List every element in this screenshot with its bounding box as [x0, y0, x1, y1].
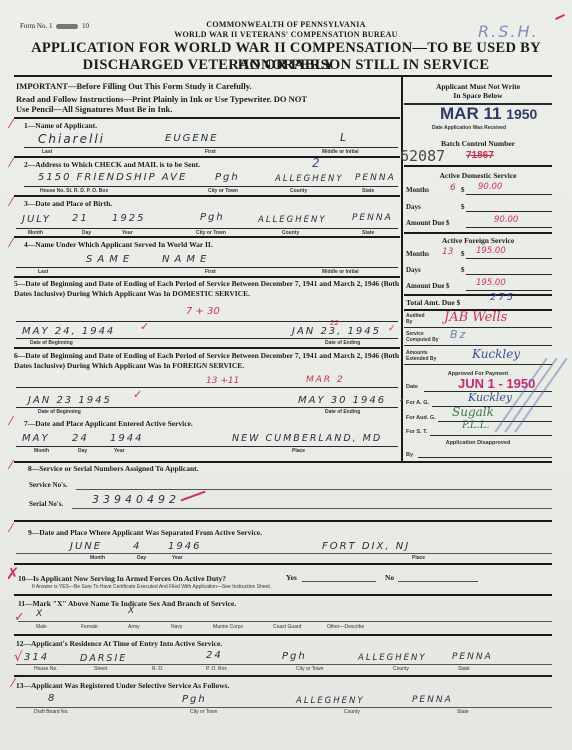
received-date-stamp: MAR 11 1950	[440, 104, 537, 124]
rule	[430, 435, 552, 436]
caption: R. D.	[152, 666, 163, 672]
rule	[14, 563, 552, 565]
q2-label: 2—Address to Which CHECK and MAIL is to …	[24, 160, 200, 169]
service-first-name[interactable]: NAME	[162, 254, 211, 265]
rule	[16, 407, 398, 408]
amounts-extended-label: Amounts Extended By	[406, 350, 440, 362]
rule	[14, 634, 552, 636]
rule	[14, 117, 400, 119]
for-st-signature: P.L.L.	[462, 420, 490, 431]
audited-by-signature: JAB Wells	[444, 310, 507, 325]
check-mark: ⁄	[10, 414, 12, 428]
residence-house-no[interactable]: 314	[24, 652, 49, 663]
office-header-line2: In Space Below	[404, 91, 552, 100]
caption: Last	[38, 269, 48, 275]
check-mark: ⁄	[10, 156, 12, 170]
rule	[16, 267, 398, 268]
rule	[16, 321, 398, 322]
rule	[404, 232, 552, 234]
birth-county[interactable]: ALLEGHENY	[258, 215, 327, 225]
male-x-mark[interactable]: X	[36, 609, 42, 619]
for-aud-g-label: For Aud. G.	[406, 415, 436, 421]
check-mark: ⁄	[10, 195, 12, 209]
disapproved-by-label: By	[406, 452, 413, 458]
caption: Place	[292, 448, 305, 454]
domestic-annotation: 7 + 30	[186, 306, 220, 317]
caption: City or Town	[208, 188, 238, 194]
q7-label: 7—Date and Place Applicant Entered Activ…	[24, 419, 193, 428]
caption: Date of Ending	[325, 340, 360, 346]
option-coast-guard: Coast Guard	[273, 624, 301, 630]
rule	[438, 421, 552, 422]
caption: Month	[34, 448, 49, 454]
option-marine-corps: Marine Corps	[213, 624, 243, 630]
separation-year[interactable]: 1946	[168, 541, 201, 552]
currency-symbol: $	[461, 186, 465, 194]
caption: Day	[78, 448, 87, 454]
domestic-end-date[interactable]: JAN 23, 1945	[292, 326, 381, 337]
instructions-line2: Use Pencil—All Signatures Must Be in Ink…	[16, 104, 172, 114]
rule	[418, 457, 552, 458]
rule	[16, 664, 552, 665]
important-note: IMPORTANT—Before Filling Out This Form S…	[16, 81, 252, 91]
q10-no-label: No	[385, 573, 394, 582]
rule	[18, 621, 552, 622]
check-mark: ⁄	[12, 676, 14, 690]
draft-board-no[interactable]: 8	[48, 693, 56, 704]
domestic-months-label: Months	[406, 186, 429, 194]
birth-month[interactable]: JULY	[22, 214, 51, 225]
received-year: 1950	[506, 106, 537, 122]
caption: State	[362, 188, 374, 194]
serial-numbers-label: Serial No's.	[29, 500, 63, 508]
rule	[14, 195, 400, 197]
for-st-label: For S. T.	[406, 429, 427, 435]
rule	[16, 707, 552, 708]
audited-by-label: Audited By	[406, 313, 432, 325]
birth-city[interactable]: Pgh	[200, 212, 225, 223]
caption: State	[458, 666, 470, 672]
option-male: Male	[36, 624, 47, 630]
entry-place[interactable]: NEW CUMBERLAND, MD	[232, 433, 382, 444]
foreign-end-date[interactable]: MAY 30 1946	[298, 395, 386, 406]
foreign-due-label: Amount Due $	[406, 282, 450, 290]
q9-label: 9—Date and Place Where Applicant Was Sep…	[28, 528, 262, 537]
q5-label: 5—Date of Beginning and Date of Ending o…	[14, 279, 399, 299]
mail-city[interactable]: Pgh	[215, 172, 240, 183]
received-caption: Date Application Was Received	[432, 125, 506, 131]
domestic-days-label: Days	[406, 203, 421, 211]
residence-street[interactable]: DARSIE	[80, 653, 127, 664]
approval-date-label: Date	[406, 384, 418, 390]
caption: City or Town	[190, 709, 217, 715]
foreign-months-value: 13	[442, 247, 453, 257]
mail-state[interactable]: PENNA	[355, 173, 396, 183]
rule	[16, 446, 398, 447]
caption: State	[457, 709, 469, 715]
amounts-extended-signature: Kuckley	[472, 347, 520, 361]
rule	[14, 594, 552, 596]
caption: Year	[172, 555, 183, 561]
rule	[466, 194, 552, 195]
red-tick-mark	[181, 491, 206, 501]
check-mark: √	[14, 650, 22, 665]
separation-place[interactable]: FORT DIX, NJ	[322, 541, 410, 552]
applicant-last-name[interactable]: Chiarelli	[38, 132, 105, 146]
domestic-months-amount: 90.00	[478, 182, 502, 192]
domestic-begin-date[interactable]: MAY 24, 1944	[22, 326, 115, 337]
caption: Draft Board No.	[34, 709, 69, 715]
q3-label: 3—Date and Place of Birth.	[24, 199, 112, 208]
check-mark: ✓	[133, 388, 142, 401]
separation-month[interactable]: JUNE	[70, 541, 102, 552]
q10-no-field[interactable]	[398, 581, 478, 582]
rule	[14, 276, 400, 278]
currency-symbol: $	[461, 250, 465, 258]
service-numbers-label: Service No's.	[29, 481, 68, 489]
mail-street[interactable]: 5150 FRIENDSHIP AVE	[38, 172, 187, 183]
serial-number[interactable]: 33940492	[92, 493, 180, 506]
for-ag-label: For A. G.	[406, 400, 429, 406]
caption: City or Town	[296, 666, 323, 672]
foreign-begin-date[interactable]: JAN 23 1945	[28, 395, 112, 406]
birth-state[interactable]: PENNA	[352, 213, 393, 223]
rule	[14, 236, 400, 238]
reviewer-mark: 2	[312, 156, 322, 170]
applicant-first-name[interactable]: EUGENE	[165, 133, 219, 144]
foreign-months-amount: 195.00	[476, 246, 506, 256]
rule	[404, 294, 552, 296]
currency-symbol: $	[461, 203, 465, 211]
rule	[72, 508, 552, 509]
office-header-line1: Applicant Must Not Write	[404, 82, 552, 91]
check-mark: ⁄	[10, 521, 12, 535]
check-mark: ⁄	[10, 117, 12, 131]
rule	[14, 461, 552, 463]
draft-city[interactable]: Pgh	[182, 694, 207, 705]
caption: Year	[114, 448, 125, 454]
rule	[24, 186, 398, 187]
army-x-mark[interactable]: X	[128, 606, 134, 616]
foreign-annotation: 13 +11	[206, 376, 239, 386]
caption-first: First	[205, 149, 216, 155]
caption: House No.	[34, 666, 58, 672]
option-other: Other—Describe	[327, 624, 364, 630]
instructions-line1: Read and Follow Instructions—Print Plain…	[16, 94, 307, 104]
entry-day[interactable]: 24	[72, 433, 89, 444]
q1-label: 1—Name of Applicant.	[24, 121, 97, 130]
rule	[14, 156, 400, 158]
check-mark: ✓	[399, 396, 405, 404]
rule	[404, 327, 552, 328]
q4-label: 4—Name Under Which Applicant Served In W…	[24, 240, 213, 249]
caption: Date of Beginning	[30, 340, 73, 346]
for-ag-signature: Kuckley	[468, 391, 512, 404]
service-computed-signature: Bz	[450, 328, 467, 341]
rule	[14, 520, 552, 522]
rule	[16, 338, 398, 339]
caption: First	[205, 269, 216, 275]
rule	[466, 227, 552, 228]
entry-year[interactable]: 1944	[110, 433, 143, 444]
rule	[466, 211, 552, 212]
rule	[404, 165, 552, 167]
rule	[404, 364, 552, 365]
batch-struck-number: 71867	[466, 150, 494, 161]
caption: House No. St. R. D. P. O. Box	[40, 188, 108, 194]
mail-county[interactable]: ALLEGHENY	[275, 174, 344, 184]
birth-day[interactable]: 21	[72, 213, 89, 224]
service-last-name[interactable]: SAME	[86, 254, 134, 265]
check-mark: ✓	[388, 324, 396, 334]
domestic-months-value: 6	[450, 183, 458, 193]
application-disapproved-title: Application Disapproved	[404, 440, 552, 446]
caption: P. O. Box	[206, 666, 227, 672]
received-month-day: MAR 11	[440, 104, 501, 123]
rule	[404, 345, 552, 346]
foreign-due-amount: 195.00	[476, 278, 506, 288]
rule	[24, 147, 398, 148]
caption: Middle or Initial	[322, 269, 359, 275]
office-header: Applicant Must Not Write In Space Below	[404, 82, 552, 100]
draft-county[interactable]: ALLEGHENY	[296, 696, 365, 706]
residence-po-box[interactable]: 24	[206, 650, 223, 661]
caption: County	[344, 709, 360, 715]
total-due-label: Total Amt. Due $	[406, 298, 460, 307]
rule	[16, 387, 398, 388]
entry-month[interactable]: MAY	[22, 433, 50, 444]
q6-label: 6—Date of Beginning and Date of Ending o…	[14, 351, 399, 371]
q10-yes-field[interactable]	[302, 581, 376, 582]
caption: Date of Ending	[325, 409, 360, 415]
applicant-middle-initial[interactable]: L	[340, 131, 348, 144]
residence-state[interactable]: PENNA	[452, 652, 493, 662]
caption: Day	[137, 555, 146, 561]
for-aud-g-signature: Sugalk	[452, 405, 494, 419]
q10-label: 10—Is Applicant Now Serving In Armed For…	[18, 574, 226, 583]
corner-initials: R.S.H.	[478, 22, 539, 41]
separation-day[interactable]: 4	[133, 541, 141, 552]
rule	[14, 347, 400, 349]
caption-middle: Middle or Initial	[322, 149, 359, 155]
check-mark: ✓	[140, 320, 149, 333]
q10-note: If Answer is YES—Be Sure To Have Certifi…	[32, 584, 271, 590]
caption: Month	[90, 555, 105, 561]
service-numbers-field[interactable]	[76, 489, 552, 490]
domestic-service-title: Active Domestic Service	[404, 171, 552, 180]
check-mark: ⁄	[10, 236, 12, 250]
birth-year[interactable]: 1925	[112, 213, 145, 224]
rule	[466, 290, 552, 291]
rule	[14, 75, 552, 77]
q12-label: 12—Applicant's Residence At Time of Entr…	[16, 639, 222, 648]
form-title-line2: DISCHARGED VETERAN OR PERSON STILL IN SE…	[0, 57, 572, 74]
total-due-value: 275	[490, 292, 515, 303]
check-mark: ⁄	[10, 458, 12, 472]
q8-label: 8—Service or Serial Numbers Assigned To …	[28, 464, 199, 473]
option-navy: Navy	[171, 624, 182, 630]
batch-control-number: 62087	[400, 147, 445, 165]
caption: County	[393, 666, 409, 672]
currency-symbol: $	[461, 266, 465, 274]
service-computed-label: Service Computed By	[406, 331, 440, 343]
domestic-due-amount: 90.00	[494, 215, 518, 225]
foreign-end-correction: MAR 2	[306, 375, 345, 385]
q10-yes-label: Yes	[286, 573, 297, 582]
rule	[466, 274, 552, 275]
option-female: Female	[81, 624, 98, 630]
option-army: Army	[128, 624, 140, 630]
caption: Street	[94, 666, 107, 672]
rule	[16, 228, 398, 229]
rule	[16, 553, 552, 554]
residence-city[interactable]: Pgh	[282, 651, 307, 662]
compensation-application-form: Form No. 1 10 COMMONWEALTH OF PENNSYLVAN…	[0, 0, 572, 750]
check-mark: ✓	[14, 610, 25, 625]
foreign-days-label: Days	[406, 266, 421, 274]
domestic-due-label: Amount Due $	[406, 219, 450, 227]
residence-county[interactable]: ALLEGHENY	[358, 653, 427, 663]
draft-state[interactable]: PENNA	[412, 695, 453, 705]
caption: County	[290, 188, 307, 194]
q13-label: 13—Applicant Was Registered Under Select…	[16, 681, 229, 690]
foreign-service-title: Active Foreign Service	[404, 236, 552, 245]
rule	[14, 675, 552, 677]
caption: Place	[412, 555, 425, 561]
caption-last: Last	[42, 149, 52, 155]
foreign-months-label: Months	[406, 250, 429, 258]
rule	[466, 258, 552, 259]
caption: Date of Beginning	[38, 409, 81, 415]
